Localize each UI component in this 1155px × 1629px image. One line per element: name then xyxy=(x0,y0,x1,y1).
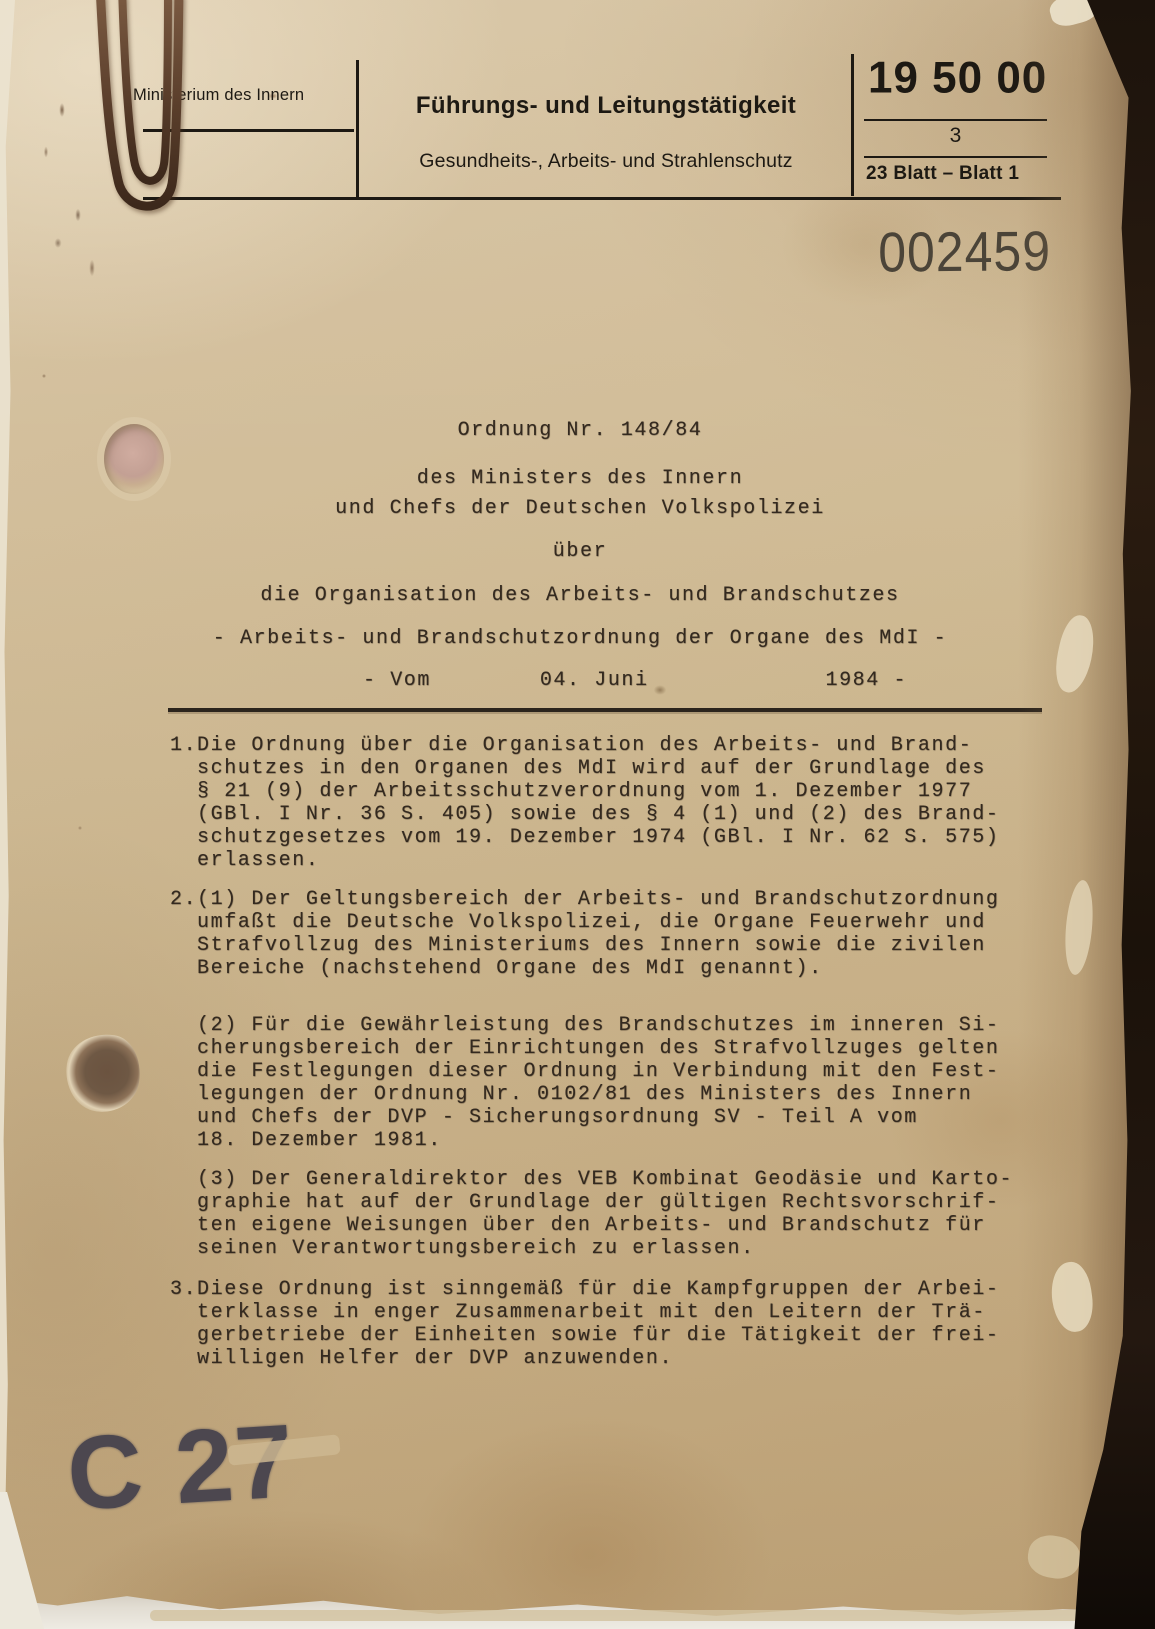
doc-date-line: - Vom 04. Juni 1984 - xyxy=(150,669,1155,692)
sheet-count: 23 Blatt – Blatt 1 xyxy=(866,163,1019,185)
paragraph-number: 3. xyxy=(170,1278,197,1301)
doc-title-line-6: - Arbeits- und Brandschutzordnung der Or… xyxy=(150,627,1010,650)
header-bottom-rule xyxy=(143,197,1061,200)
doc-title-line-1: Ordnung Nr. 148/84 xyxy=(150,419,1010,442)
title-rule xyxy=(168,708,1042,712)
page-bottom-edge xyxy=(0,1582,1155,1629)
doc-title-line-4: über xyxy=(150,540,1010,563)
paperclip xyxy=(78,0,228,256)
category-subtitle: Gesundheits-, Arbeits- und Strahlenschut… xyxy=(360,150,852,173)
scanned-page: Ministerium des Innern Führungs- und Lei… xyxy=(0,0,1155,1629)
header-divider-left xyxy=(356,60,359,200)
paragraph-number: 2. xyxy=(170,888,197,911)
bottom-left-corner-wear xyxy=(0,1492,44,1629)
underlying-page-edge xyxy=(150,1610,1100,1621)
paragraph-text: (2) Für die Gewährleistung des Brandschu… xyxy=(197,1014,1000,1152)
doc-title-line-5: die Organisation des Arbeits- und Brands… xyxy=(150,584,1010,607)
page-left-edge xyxy=(0,0,15,1629)
doc-title-line-3: und Chefs der Deutschen Volkspolizei xyxy=(150,497,1010,520)
header-divider-right xyxy=(851,54,854,196)
category-title: Führungs- und Leitungstätigkeit xyxy=(360,92,852,120)
paragraph-text: Die Ordnung über die Organisation des Ar… xyxy=(197,734,1000,872)
paragraph-text: (1) Der Geltungsbereich der Arbeits- und… xyxy=(197,888,1000,980)
paragraph-text: (3) Der Generaldirektor des VEB Kombinat… xyxy=(197,1168,1013,1260)
c27-stamp: C 27 xyxy=(64,1402,299,1535)
paragraph-text: Diese Ordnung ist sinngemäß für die Kamp… xyxy=(197,1278,1000,1370)
punch-hole-top xyxy=(104,424,164,494)
punch-hole-bottom xyxy=(61,1029,145,1117)
paragraph-number: 1. xyxy=(170,734,197,757)
doc-title-line-2: des Ministers des Innern xyxy=(150,467,1010,490)
